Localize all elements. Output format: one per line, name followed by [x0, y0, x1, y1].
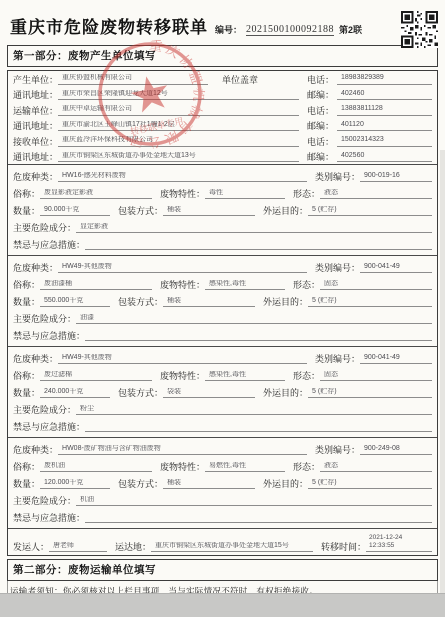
main-component-label: 主要危险成分： — [13, 406, 76, 415]
scan-edge-right — [440, 150, 445, 593]
waste3-quantity-row: 数量： 240.000千克 包装方式： 袋装 外运目的： 5 (贮存) — [8, 383, 437, 400]
transporter-phone-label: 电话： — [307, 107, 337, 116]
producer-name-value: 重庆协盟机械有限公司 — [58, 74, 208, 84]
common-name-label: 俗称： — [13, 281, 40, 290]
scan-edge-bottom — [0, 593, 445, 617]
transfer-time-value: 2021-12-24 12:33:55 — [366, 534, 432, 552]
receiver-zip-value: 402560 — [337, 152, 432, 162]
transporter-address-label: 通讯地址： — [13, 122, 58, 131]
transporter-row: 运输单位： 重庆中卓运输有限公司 电话： 13883811128 — [8, 102, 437, 118]
common-name-label: 俗称： — [13, 372, 40, 381]
property-label: 废物特性： — [160, 281, 205, 290]
form-label: 形态： — [293, 463, 320, 472]
waste1-property-value: 毒性 — [205, 189, 285, 199]
transporter-zip-value: 401120 — [337, 121, 432, 131]
waste2-emergency-row: 禁忌与应急措施： — [8, 326, 437, 343]
waste3-emergency-row: 禁忌与应急措施： — [8, 417, 437, 434]
main-component-label: 主要危险成分： — [13, 315, 76, 324]
waste1-name-row: 俗称： 废显影液定影液 废物特性： 毒性 形态： 液态 — [8, 184, 437, 201]
transfer-time-label: 转移时间： — [321, 543, 366, 552]
waste1-emergency-row: 禁忌与应急措施： — [8, 235, 437, 252]
waste-block-1: 危废种类： HW16-感光材料废物 类别编号： 900-019-16 俗称： 废… — [8, 164, 437, 255]
waste3-category-no-value: 900-041-49 — [360, 354, 432, 364]
transporter-name-value: 重庆中卓运输有限公司 — [58, 105, 299, 115]
waste1-component-row: 主要危险成分： 显定影液 — [8, 218, 437, 235]
category-no-label: 类别编号： — [315, 264, 360, 273]
quantity-label: 数量： — [13, 389, 40, 398]
property-label: 废物特性： — [160, 463, 205, 472]
waste4-package-value: 桶装 — [163, 479, 255, 489]
waste3-property-value: 感染性,毒性 — [205, 371, 285, 381]
waste3-name-row: 俗称： 废过滤棉 废物特性： 感染性,毒性 形态： 固态 — [8, 366, 437, 383]
waste4-name-row: 俗称： 废机油 废物特性： 易燃性,毒性 形态： 液态 — [8, 457, 437, 474]
waste3-emergency-value — [85, 430, 432, 432]
waste3-type-row: 危废种类： HW49-其他废物 类别编号： 900-041-49 — [8, 349, 437, 366]
emergency-label: 禁忌与应急措施： — [13, 241, 85, 250]
emergency-label: 禁忌与应急措施： — [13, 423, 85, 432]
doc-number-label: 编号： — [215, 23, 242, 36]
producer-address-row: 通讯地址： 重庆市荣昌区荣隆镇迎龙大道12号 邮编： 402460 — [8, 87, 437, 103]
waste3-package-value: 袋装 — [163, 388, 255, 398]
waste1-form-value: 液态 — [320, 189, 432, 199]
waste4-type-value: HW08-废矿物油与含矿物油废物 — [58, 445, 307, 455]
package-label: 包装方式： — [118, 207, 163, 216]
waste2-package-value: 桶装 — [163, 297, 255, 307]
main-component-label: 主要危险成分： — [13, 224, 76, 233]
transporter-label: 运输单位： — [13, 107, 58, 116]
waste-type-label: 危废种类： — [13, 446, 58, 455]
producer-row: 产生单位： 重庆协盟机械有限公司 单位盖章 电话： 18983829389 — [8, 71, 437, 87]
emergency-label: 禁忌与应急措施： — [13, 514, 85, 523]
category-no-label: 类别编号： — [315, 173, 360, 182]
waste4-purpose-value: 5 (贮存) — [308, 479, 432, 489]
receiver-address-value: 重庆市铜梁区东城街道办事处金地大道13号 — [58, 152, 299, 162]
waste2-common-name-value: 废油漆桶 — [40, 280, 152, 290]
waste3-component-value: 粉尘 — [76, 405, 432, 415]
waste4-property-value: 易燃性,毒性 — [205, 462, 285, 472]
destination-label: 运达地： — [115, 543, 151, 552]
producer-address-label: 通讯地址： — [13, 91, 58, 100]
waste4-emergency-row: 禁忌与应急措施： — [8, 508, 437, 525]
waste3-purpose-value: 5 (贮存) — [308, 388, 432, 398]
waste3-type-value: HW49-其他废物 — [58, 354, 307, 364]
common-name-label: 俗称： — [13, 463, 40, 472]
waste1-type-row: 危废种类： HW16-感光材料废物 类别编号： 900-019-16 — [8, 167, 437, 184]
producer-zip-value: 402460 — [337, 90, 432, 100]
waste2-property-value: 感染性,毒性 — [205, 280, 285, 290]
purpose-label: 外运目的： — [263, 207, 308, 216]
part1-heading: 第一部分：废物产生单位填写 — [13, 50, 156, 62]
receiver-phone-value: 15002314323 — [337, 136, 432, 146]
part2-heading: 第二部分：废物运输单位填写 — [13, 564, 156, 576]
waste4-component-value: 机油 — [76, 496, 432, 506]
transfer-date: 2021-12-24 — [369, 534, 430, 542]
waste4-common-name-value: 废机油 — [40, 462, 152, 472]
waste2-component-row: 主要危险成分： 油漆 — [8, 309, 437, 326]
dispatch-row: 发运人： 唐老师 运达地： 重庆市铜梁区东城街道办事处金地大道15号 转移时间：… — [8, 528, 437, 555]
quantity-label: 数量： — [13, 298, 40, 307]
waste3-quantity-value: 240.000千克 — [40, 388, 110, 398]
waste2-quantity-row: 数量： 550.000千克 包装方式： 桶装 外运目的： 5 (贮存) — [8, 292, 437, 309]
waste4-type-row: 危废种类： HW08-废矿物油与含矿物油废物 类别编号： 900-249-08 — [8, 440, 437, 457]
waste1-common-name-value: 废显影液定影液 — [40, 189, 152, 199]
waste4-emergency-value — [85, 521, 432, 523]
property-label: 废物特性： — [160, 190, 205, 199]
form-label: 形态： — [293, 372, 320, 381]
doc-number-value: 2021500100092188 — [246, 24, 334, 36]
qr-code-icon — [401, 11, 438, 48]
waste-block-4: 危废种类： HW08-废矿物油与含矿物油废物 类别编号： 900-249-08 … — [8, 437, 437, 528]
waste4-category-no-value: 900-249-08 — [360, 445, 432, 455]
category-no-label: 类别编号： — [315, 446, 360, 455]
emergency-label: 禁忌与应急措施： — [13, 332, 85, 341]
waste-block-2: 危废种类： HW49-其他废物 类别编号： 900-041-49 俗称： 废油漆… — [8, 255, 437, 346]
form-label: 形态： — [293, 190, 320, 199]
receiver-name-value: 重庆蓝冷洋环保科技有限公司 — [58, 136, 299, 146]
transporter-address-value: 重庆市渝北区玉峰山镇17社1幢1-2层 — [58, 121, 299, 131]
waste2-quantity-value: 550.000千克 — [40, 297, 110, 307]
producer-phone-value: 18983829389 — [337, 74, 432, 84]
transporter-phone-value: 13883811128 — [337, 105, 432, 115]
waste-type-label: 危废种类： — [13, 264, 58, 273]
receiver-address-row: 通讯地址： 重庆市铜梁区东城街道办事处金地大道13号 邮编： 402560 — [8, 149, 437, 165]
main-component-label: 主要危险成分： — [13, 497, 76, 506]
consignor-label: 发运人： — [13, 543, 49, 552]
waste2-emergency-value — [85, 339, 432, 341]
transfer-clock: 12:33:55 — [369, 542, 430, 550]
waste1-package-value: 桶装 — [163, 206, 255, 216]
copy-number-label: 第2联 — [339, 23, 362, 36]
receiver-phone-label: 电话： — [307, 138, 337, 147]
document-number-group: 编号： 2021500100092188 第2联 — [215, 23, 362, 38]
transporter-zip-label: 邮编： — [307, 122, 337, 131]
part2-heading-bar: 第二部分：废物运输单位填写 — [7, 559, 438, 581]
waste-block-3: 危废种类： HW49-其他废物 类别编号： 900-041-49 俗称： 废过滤… — [8, 346, 437, 437]
waste1-type-value: HW16-感光材料废物 — [58, 172, 307, 182]
producer-phone-label: 电话： — [307, 76, 337, 85]
receiver-address-label: 通讯地址： — [13, 153, 58, 162]
waste1-quantity-row: 数量： 90.000千克 包装方式： 桶装 外运目的： 5 (贮存) — [8, 201, 437, 218]
waste2-category-no-value: 900-041-49 — [360, 263, 432, 273]
producer-address-value: 重庆市荣昌区荣隆镇迎龙大道12号 — [58, 90, 299, 100]
transporter-address-row: 通讯地址： 重庆市渝北区玉峰山镇17社1幢1-2层 邮编： 401120 — [8, 118, 437, 134]
part1-heading-bar: 第一部分：废物产生单位填写 — [7, 45, 438, 67]
quantity-label: 数量： — [13, 480, 40, 489]
waste4-form-value: 液态 — [320, 462, 432, 472]
producer-label: 产生单位： — [13, 76, 58, 85]
form-label: 形态： — [293, 281, 320, 290]
waste1-quantity-value: 90.000千克 — [40, 206, 110, 216]
package-label: 包装方式： — [118, 298, 163, 307]
waste-type-label: 危废种类： — [13, 355, 58, 364]
waste2-purpose-value: 5 (贮存) — [308, 297, 432, 307]
waste3-form-value: 固态 — [320, 371, 432, 381]
waste3-component-row: 主要危险成分： 粉尘 — [8, 400, 437, 417]
waste4-quantity-row: 数量： 120.000千克 包装方式： 桶装 外运目的： 5 (贮存) — [8, 474, 437, 491]
part1-body: 产生单位： 重庆协盟机械有限公司 单位盖章 电话： 18983829389 通讯… — [7, 70, 438, 556]
receiver-zip-label: 邮编： — [307, 153, 337, 162]
receiver-row: 接收单位： 重庆蓝冷洋环保科技有限公司 电话： 15002314323 — [8, 133, 437, 149]
category-no-label: 类别编号： — [315, 355, 360, 364]
waste4-quantity-value: 120.000千克 — [40, 479, 110, 489]
waste1-emergency-value — [85, 248, 432, 250]
purpose-label: 外运目的： — [263, 298, 308, 307]
destination-value: 重庆市铜梁区东城街道办事处金地大道15号 — [151, 542, 313, 552]
waste2-name-row: 俗称： 废油漆桶 废物特性： 感染性,毒性 形态： 固态 — [8, 275, 437, 292]
document-title: 重庆市危险废物转移联单 — [10, 13, 208, 38]
waste1-category-no-value: 900-019-16 — [360, 172, 432, 182]
purpose-label: 外运目的： — [263, 389, 308, 398]
producer-zip-label: 邮编： — [307, 91, 337, 100]
consignor-value: 唐老师 — [49, 542, 107, 552]
unit-seal-label: 单位盖章 — [222, 76, 258, 85]
waste1-purpose-value: 5 (贮存) — [308, 206, 432, 216]
waste2-form-value: 固态 — [320, 280, 432, 290]
common-name-label: 俗称： — [13, 190, 40, 199]
package-label: 包装方式： — [118, 389, 163, 398]
receiver-label: 接收单位： — [13, 138, 58, 147]
waste4-component-row: 主要危险成分： 机油 — [8, 491, 437, 508]
waste3-common-name-value: 废过滤棉 — [40, 371, 152, 381]
waste2-type-value: HW49-其他废物 — [58, 263, 307, 273]
waste2-type-row: 危废种类： HW49-其他废物 类别编号： 900-041-49 — [8, 258, 437, 275]
scanned-document-page: 重庆市危险废物转移联单 编号： 2021500100092188 第2联 — [0, 0, 445, 617]
document-header: 重庆市危险废物转移联单 编号： 2021500100092188 第2联 — [0, 0, 445, 45]
property-label: 废物特性： — [160, 372, 205, 381]
waste2-component-value: 油漆 — [76, 314, 432, 324]
waste-type-label: 危废种类： — [13, 173, 58, 182]
quantity-label: 数量： — [13, 207, 40, 216]
waste1-component-value: 显定影液 — [76, 223, 432, 233]
package-label: 包装方式： — [118, 480, 163, 489]
purpose-label: 外运目的： — [263, 480, 308, 489]
